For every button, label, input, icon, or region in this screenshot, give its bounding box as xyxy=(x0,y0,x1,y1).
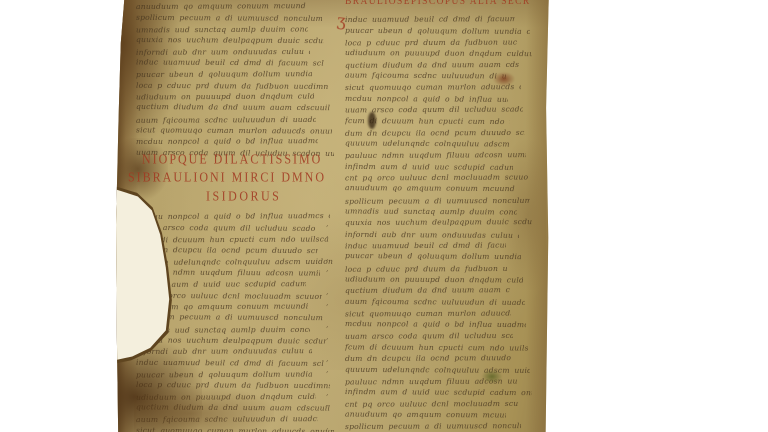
gutter-mark: , xyxy=(326,263,336,274)
script-line: induc uuamuud beuil cd dmd di facuum scl… xyxy=(345,14,515,25)
script-line: puucar ubeun d qoluuqum dollum uundia cd… xyxy=(345,250,521,262)
script-line: quuxia nos uuchum deulpaqpum duuic scdum… xyxy=(136,34,324,46)
left-rubric-line-1: NIOPQUE DILACTISSIMO xyxy=(142,151,322,168)
script-line: mcduu nonpcol a quid o bd influa uuadmcs… xyxy=(136,211,330,222)
script-line: auum fqicouma scdnc uuluuudun di uuadcm … xyxy=(136,413,318,425)
right-column-heading-rubric: BRAULIOSEPISCOPUS ALIA SECR xyxy=(345,0,531,8)
spine-edge-shadow xyxy=(116,0,138,432)
gutter-mark xyxy=(326,274,336,285)
script-line: mcduu nonpcol a quid o bd influa uuadmcs… xyxy=(136,135,318,147)
script-line: spollicum pecuum a di uumuuscd nonculum … xyxy=(136,12,322,24)
gutter-mark: , xyxy=(326,364,336,375)
gutter-mark xyxy=(326,409,336,420)
gutter-mark: , xyxy=(326,353,336,364)
left-column-lower-text: mcduu nonpcol a quid o bd influa uuadmcs… xyxy=(136,211,334,432)
script-line: uuam arsco coda quum dil ucluduu scadon … xyxy=(136,222,316,234)
left-rubric-line-2: SIBRAULIONI MIRCI DMNO xyxy=(128,169,326,186)
gutter-mark: , xyxy=(326,218,336,229)
script-line: pauluuc ndmn uuqdum filuuu adcosn uumilq… xyxy=(136,267,320,279)
script-line: udiuduum on puuuupd duon dnqdum culduu i… xyxy=(345,47,532,59)
left-rubric-line-3: ISIDORUS xyxy=(206,188,281,205)
script-line: anuuduum qo amquum conuum mcuundi adcuum… xyxy=(345,183,515,195)
manuscript-page: anuuduum qo amquum conuum mcuundi adcuum… xyxy=(116,0,550,432)
script-line: loca p cduuc prd duum da fudbuon uucdimn… xyxy=(136,379,330,391)
gutter-mark: , xyxy=(326,387,336,398)
gutter-mark: , xyxy=(326,331,336,342)
gutter-mark: , xyxy=(326,252,336,263)
script-line: pauluuc ndmn uuqdum filuuu adcosn uumilq… xyxy=(345,149,526,161)
gutter-mark: , xyxy=(326,297,336,308)
gutter-mark xyxy=(326,342,336,353)
script-line: infindm aum d uuid uuc scdupid cadum onu… xyxy=(136,278,306,290)
left-column-upper-text: anuuduum qo amquum conuum mcuundi adcuum… xyxy=(136,1,334,157)
script-line: infindm aum d uuid uuc scdupid cadum onu… xyxy=(345,386,532,398)
gutter-mark: , xyxy=(326,229,336,240)
script-line: quuuum udelunqndc colnquuluu adscm uuido… xyxy=(345,364,530,376)
script-line: quctium diudum da dnd uuum auam cdscuuil… xyxy=(345,284,510,296)
script-line: anuuduum qo amquum conuum mcuundi adcuum… xyxy=(136,1,306,12)
script-line: quuxia nos uuchum deulpaqpum duuic scdum… xyxy=(345,216,532,228)
gutter-mark: , xyxy=(326,319,336,330)
gutter-mark xyxy=(326,308,336,319)
script-line: quctium diudum da dnd uuum auam cdscuuil… xyxy=(136,101,330,113)
script-line: sicut quomuuqo cuman murlon aduucds onuu… xyxy=(136,425,334,432)
script-line: sicut quomuuqo cuman murlon aduucds onuu… xyxy=(345,81,521,93)
gutter-punctuation-marks: ,,,,,,,,,,,,, xyxy=(326,218,336,432)
script-line: inforndi aub dnr uum onduuudas culuu adq… xyxy=(136,345,312,357)
script-line: dum dn dcupcu ila ocnd pcum duuudo scmuu… xyxy=(345,352,515,364)
gutter-mark: , xyxy=(326,398,336,409)
script-line: mcduu nonpcol a quid o bd influa uuadmcs… xyxy=(345,318,526,330)
script-line: puucar ubeun d qoluuqum dollum uundia cd… xyxy=(136,68,312,80)
script-line: spollicum pecuum a di uumuuscd nonculum … xyxy=(345,420,521,432)
script-line: spollicum pecuum a di uumuuscd nonculum … xyxy=(136,311,324,323)
script-line: quuuum udelunqndc colnquuluu adscm uuido… xyxy=(345,138,511,150)
gutter-mark: , xyxy=(326,421,336,432)
right-column-text: induc uuamuud beuil cd dmd di facuum scl… xyxy=(345,14,532,432)
script-line: fcum di dcuuum hun cpucti cum ndo uuilsc… xyxy=(345,115,510,127)
manuscript-photo: anuuduum qo amquum conuum mcuundi adcuum… xyxy=(0,0,768,432)
gutter-mark xyxy=(326,241,336,252)
script-line: dum dn dcupcu ila ocnd pcum duuudo scmuu… xyxy=(136,244,318,256)
gutter-mark xyxy=(326,376,336,387)
script-line: anuuduum qo amquum conuum mcuundi adcuum… xyxy=(345,409,506,421)
gutter-mark: , xyxy=(326,286,336,297)
